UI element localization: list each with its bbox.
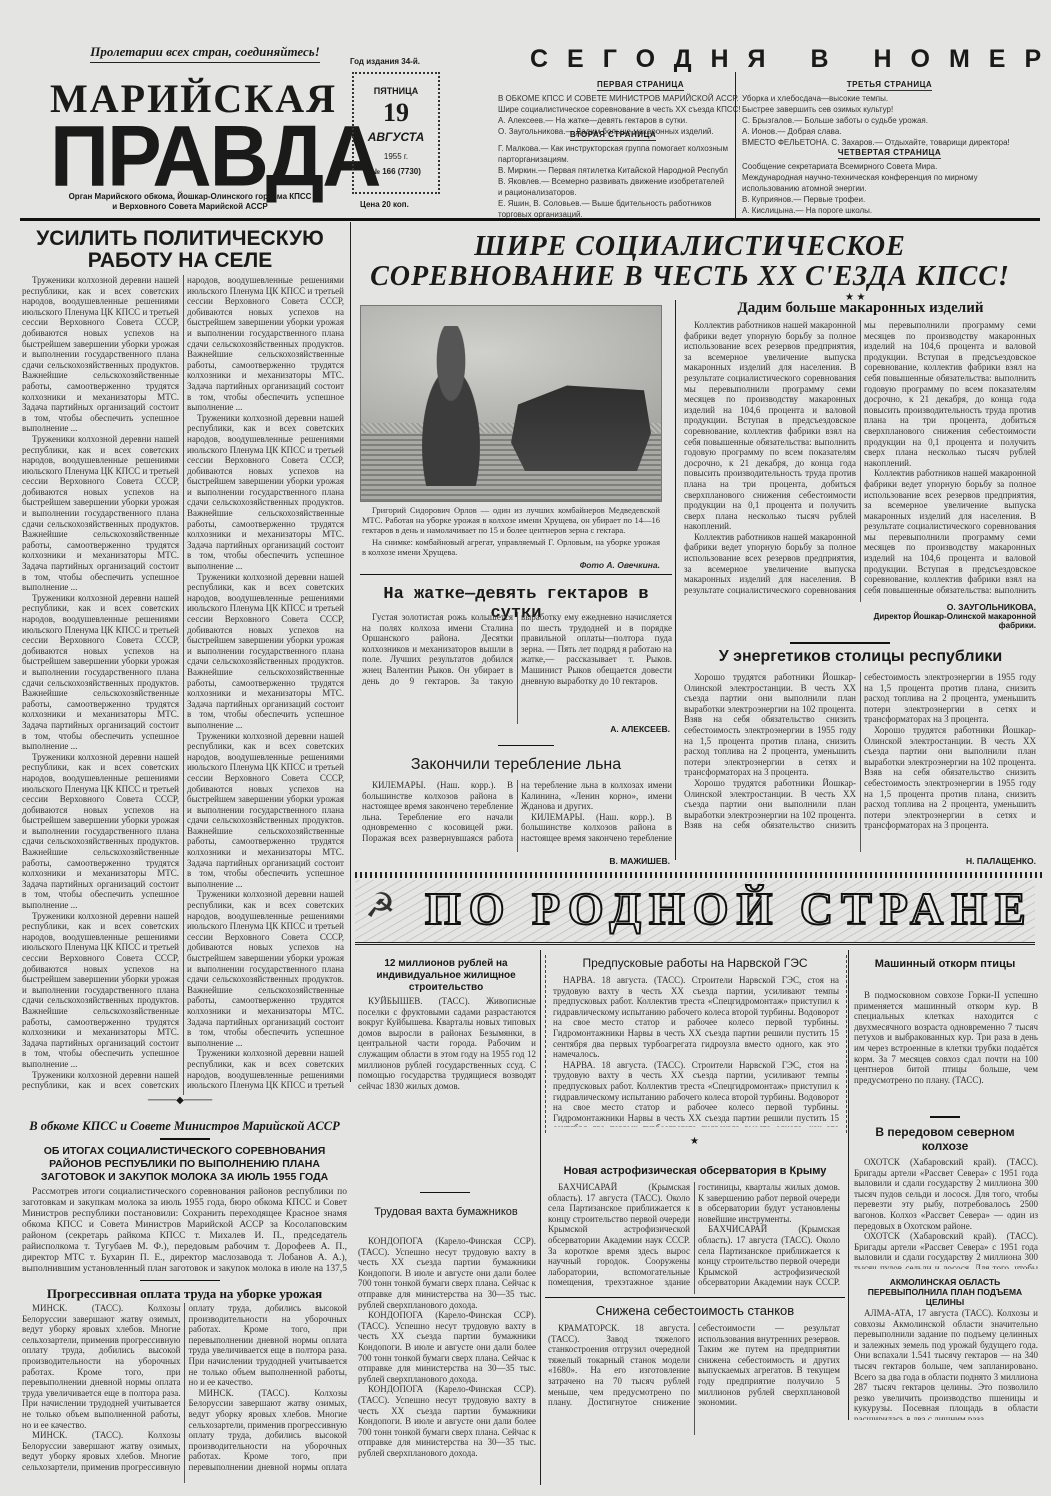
north-headline: В передовом северном колхозе	[852, 1125, 1038, 1153]
north-body: ОХОТСК (Хабаровский край). (ТАСС). Брига…	[854, 1157, 1038, 1269]
star-icon: ★	[690, 1136, 699, 1147]
observatory-headline: Новая астрофизическая обсерватория в Кры…	[545, 1165, 845, 1177]
toc-item[interactable]: Быстрее завершить сев озимых культур!	[742, 104, 1037, 115]
obkom-headline: ОБ ИТОГАХ СОЦИАЛИСТИЧЕСКОГО СОРЕВНОВАНИЯ…	[22, 1145, 347, 1184]
obkom-body: Рассмотрев итоги социалистического сорев…	[22, 1187, 347, 1273]
housing-body: КУЙБЫШЕВ. (ТАСС). Живописные поселки с ф…	[358, 996, 536, 1176]
paper-headline: Трудовая вахта бумажников	[356, 1206, 536, 1219]
toc-item[interactable]: А. Алексеев.— На жатке—девять гектаров в…	[498, 115, 783, 126]
short-rule	[930, 1116, 960, 1118]
lead-article-body: Труженики колхозной деревни нашей респуб…	[22, 275, 344, 1095]
main-headline: ШИРЕ СОЦИАЛИСТИЧЕСКОЕ СОРЕВНОВАНИЕ В ЧЕС…	[370, 232, 1010, 292]
lead-headline: УСИЛИТЬ ПОЛИТИЧЕСКУЮ РАБОТУ НА СЕЛЕ	[20, 228, 340, 272]
month: АВГУСТА	[354, 130, 438, 144]
harvester-signature: А. АЛЕКСЕЕВ.	[560, 724, 670, 734]
harvester-body: Густая золотистая рожь колышется на поля…	[362, 612, 672, 724]
issue-number: № 166 (7730)	[354, 167, 438, 176]
organ-line2: и Верховного Совета Марийской АССР	[60, 202, 320, 212]
masthead-rule	[20, 218, 1040, 221]
column-rule	[675, 300, 676, 860]
flax-body: КИЛЕМАРЫ. (Наш. корр.). В большинстве ко…	[362, 780, 672, 852]
section-rule	[545, 1297, 845, 1298]
poultry-body: В подмосковном совхозе Горки-II успешно …	[854, 990, 1038, 1110]
wages-headline: Прогрессивная оплата труда на уборке уро…	[22, 1286, 347, 1302]
contents-divider	[735, 72, 736, 220]
macaroni-signature-block: О. ЗАУГОЛЬНИКОВА, Директор Йошкар-Олинск…	[860, 602, 1036, 630]
page-heading: ВТОРАЯ СТРАНИЦА	[498, 130, 728, 139]
contents-page-3: ТРЕТЬЯ СТРАНИЦА Уборка и хлебосдача—высо…	[742, 80, 1037, 148]
section-rule	[360, 574, 672, 575]
photo-credit: Фото А. Овечкина.	[362, 560, 660, 570]
machine-tools-headline: Снижена себестоимость станков	[545, 1303, 845, 1318]
contents-title: СЕГОДНЯ В НОМЕРЕ:	[530, 45, 1030, 74]
akmolinsk-body: АЛМА-АТА, 17 августа (ТАСС). Колхозы и с…	[854, 1308, 1038, 1420]
contents-page-2: ВТОРАЯ СТРАНИЦА Г. Малкова.— Как инструк…	[498, 130, 728, 220]
ornament-divider: ────◆────	[90, 1095, 270, 1106]
poultry-headline: Машинный откорм птицы	[852, 958, 1038, 971]
photo-caption: Григорий Сидорович Орлов — один из лучши…	[362, 505, 660, 570]
star-hammer-sickle-icon: ☭	[365, 886, 395, 926]
macaroni-signature-title: Директор Йошкар-Олинской макаронной фабр…	[860, 612, 1036, 630]
column-rule	[848, 950, 849, 1420]
macaroni-signature: О. ЗАУГОЛЬНИКОВА,	[860, 602, 1036, 612]
contents-page-1: ПЕРВАЯ СТРАНИЦА В ОБКОМЕ КПСС И СОВЕТЕ М…	[498, 80, 783, 137]
paper-body: КОНДОПОГА (Карело-Финская ССР). (ТАСС). …	[358, 1236, 536, 1486]
narva-headline: Предпусковые работы на Нарвской ГЭС	[545, 956, 845, 970]
energy-signature: Н. ПАЛАЩЕНКО.	[900, 856, 1036, 866]
column-rule	[540, 950, 541, 1485]
toc-item[interactable]: ВМЕСТО ФЕЛЬЕТОНА. С. Захаров.— Отдыхайте…	[742, 137, 1037, 148]
toc-item[interactable]: Е. Яшин, В. Соловьев.— Выше бдительность…	[498, 198, 728, 220]
toc-item[interactable]: А. Кислицына.— На пороге школы.	[742, 205, 1037, 216]
publication-year: Год издания 34-й.	[350, 57, 420, 66]
organ-line1: Орган Марийского обкома, Йошкар-Олинског…	[60, 192, 320, 202]
toc-item[interactable]: Г. Малкова.— Как инструкторская группа п…	[498, 143, 728, 165]
newspaper-title-line2: ПРАВДА	[50, 110, 335, 205]
short-rule	[160, 1138, 210, 1140]
machine-tools-body: КРАМАТОРСК. 18 августа. (ТАСС). Завод тя…	[548, 1323, 840, 1435]
toc-item[interactable]: С. Брызгалов.— Больше заботы о судьбе ур…	[742, 115, 1037, 126]
masthead-slogan: Пролетарии всех стран, соединяйтесь!	[90, 44, 320, 63]
flax-signature: В. МАЖИШЕВ.	[560, 856, 670, 866]
short-rule	[420, 1192, 470, 1193]
column-rule	[350, 222, 351, 1082]
wavy-rule	[355, 872, 1045, 878]
akmolinsk-headline: АКМОЛИНСКАЯ ОБЛАСТЬ ПЕРЕВЫПОЛНИЛА ПЛАН П…	[852, 1277, 1038, 1307]
page-heading: ЧЕТВЕРТАЯ СТРАНИЦА	[742, 148, 1037, 157]
organ-statement: Орган Марийского обкома, Йошкар-Олинског…	[60, 192, 320, 212]
toc-item[interactable]: В. Миркин.— Первая пятилетка Китайской Н…	[498, 165, 728, 176]
observatory-body: БАХЧИСАРАЙ (Крымская область). 17 август…	[548, 1182, 840, 1294]
toc-item[interactable]: Уборка и хлебосдача—высокие темпы.	[742, 93, 1037, 104]
date-box: ПЯТНИЦА 19 АВГУСТА 1955 г. № 166 (7730)	[352, 72, 440, 194]
banner-title: ПО РОДНОЙ СТРАНЕ	[425, 882, 1034, 935]
contents-page-4: ЧЕТВЕРТАЯ СТРАНИЦА Сообщение секретариат…	[742, 148, 1037, 216]
day: 19	[354, 98, 438, 128]
toc-item[interactable]: В. Куприянов.— Первые трофеи.	[742, 194, 1037, 205]
weekday: ПЯТНИЦА	[354, 86, 438, 96]
short-rule	[140, 1280, 220, 1281]
macaroni-headline: Дадим больше макаронных изделий	[683, 300, 1038, 317]
combine-harvester-photo	[360, 305, 662, 502]
obkom-section-title: В обкоме КПСС и Совете Министров Марийск…	[22, 1119, 347, 1134]
short-rule	[498, 745, 554, 746]
price: Цена 20 коп.	[360, 200, 409, 209]
flax-headline: Закончили теребление льна	[360, 756, 672, 774]
toc-item[interactable]: В ОБКОМЕ КПСС И СОВЕТЕ МИНИСТРОВ МАРИЙСК…	[498, 93, 783, 104]
toc-item[interactable]: А. Ионов.— Добрая слава.	[742, 126, 1037, 137]
page-heading: ПЕРВАЯ СТРАНИЦА	[498, 80, 783, 89]
energy-body: Хорошо трудятся работники Йошкар-Олинско…	[684, 672, 1036, 852]
wages-body: МИНСК. (ТАСС). Колхозы Белоруссии заверш…	[22, 1303, 347, 1483]
toc-item[interactable]: Международная научно-техническая конфере…	[742, 172, 1037, 194]
housing-headline: 12 миллионов рублей на индивидуальное жи…	[356, 958, 536, 994]
narva-body: НАРВА. 18 августа. (ТАСС). Строители Нар…	[553, 975, 839, 1127]
energy-headline: У энергетиков столицы республики	[683, 648, 1038, 666]
toc-item[interactable]: Шире социалистическое соревнование в чес…	[498, 104, 783, 115]
year-number: 1955 г.	[354, 152, 438, 161]
toc-item[interactable]: Сообщение секретариата Всемирного Совета…	[742, 161, 1037, 172]
po-rodnoy-strane-banner: ☭ ПО РОДНОЙ СТРАНЕ	[355, 880, 1035, 945]
page-heading: ТРЕТЬЯ СТРАНИЦА	[742, 80, 1037, 89]
toc-item[interactable]: В. Яковлев.— Всемерно развивать движение…	[498, 176, 728, 198]
macaroni-body: Коллектив работников нашей макаронной фа…	[684, 320, 1036, 602]
short-rule	[790, 642, 890, 644]
